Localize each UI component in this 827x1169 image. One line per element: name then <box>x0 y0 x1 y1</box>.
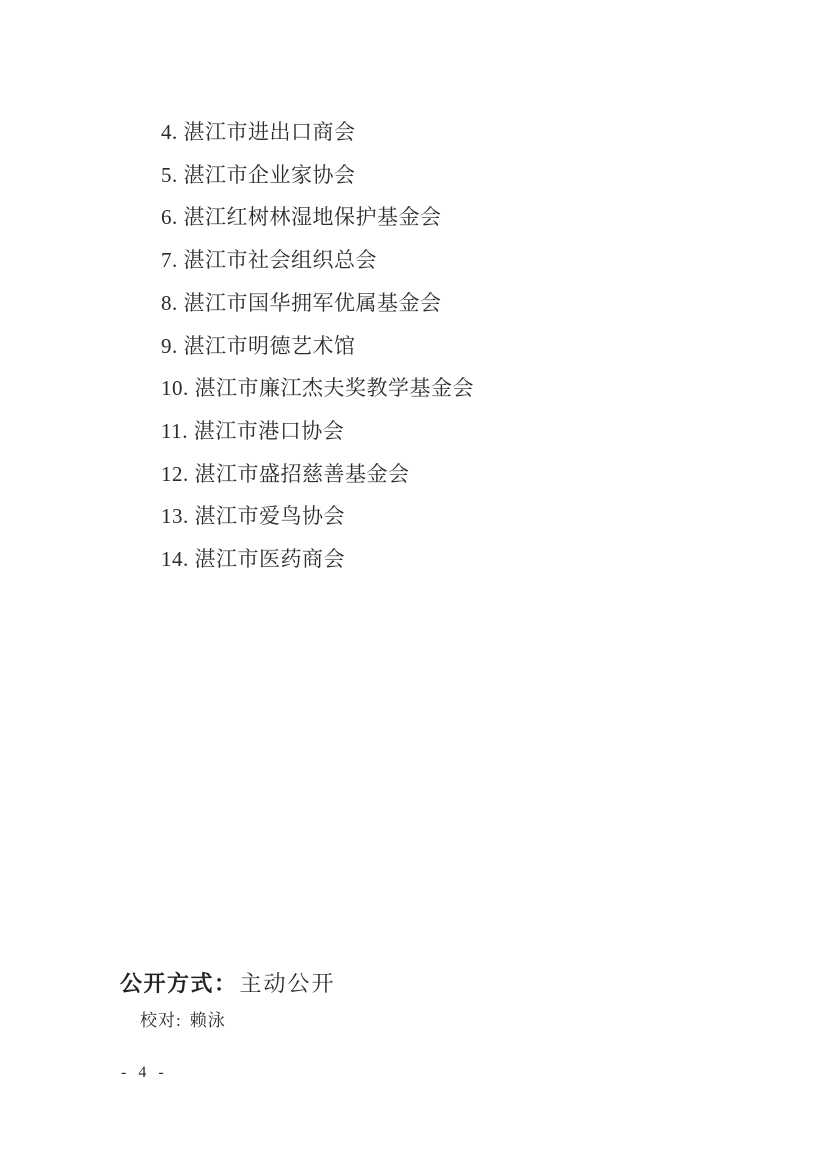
organization-list: 4. 湛江市进出口商会 5. 湛江市企业家协会 6. 湛江红树林湿地保护基金会 … <box>161 111 474 581</box>
publish-method-label: 公开方式： <box>120 971 238 996</box>
list-item: 5. 湛江市企业家协会 <box>161 154 474 197</box>
proofread-label: 校对: <box>140 1011 182 1030</box>
publish-method-line: 公开方式：主动公开 <box>120 972 336 996</box>
list-item: 4. 湛江市进出口商会 <box>161 111 474 154</box>
list-item: 9. 湛江市明德艺术馆 <box>161 325 474 368</box>
proofread-line: 校对:赖泳 <box>140 1012 226 1031</box>
list-item: 7. 湛江市社会组织总会 <box>161 239 474 282</box>
list-item: 13. 湛江市爱鸟协会 <box>161 495 474 538</box>
proofread-value: 赖泳 <box>190 1011 226 1030</box>
list-item: 6. 湛江红树林湿地保护基金会 <box>161 196 474 239</box>
list-item: 8. 湛江市国华拥军优属基金会 <box>161 282 474 325</box>
list-item: 12. 湛江市盛招慈善基金会 <box>161 453 474 496</box>
list-item: 11. 湛江市港口协会 <box>161 410 474 453</box>
page-number: - 4 - <box>121 1064 168 1082</box>
publish-method-value: 主动公开 <box>240 971 336 996</box>
list-item: 10. 湛江市廉江杰夫奖教学基金会 <box>161 367 474 410</box>
document-page: 4. 湛江市进出口商会 5. 湛江市企业家协会 6. 湛江红树林湿地保护基金会 … <box>0 0 827 1169</box>
list-item: 14. 湛江市医药商会 <box>161 538 474 581</box>
